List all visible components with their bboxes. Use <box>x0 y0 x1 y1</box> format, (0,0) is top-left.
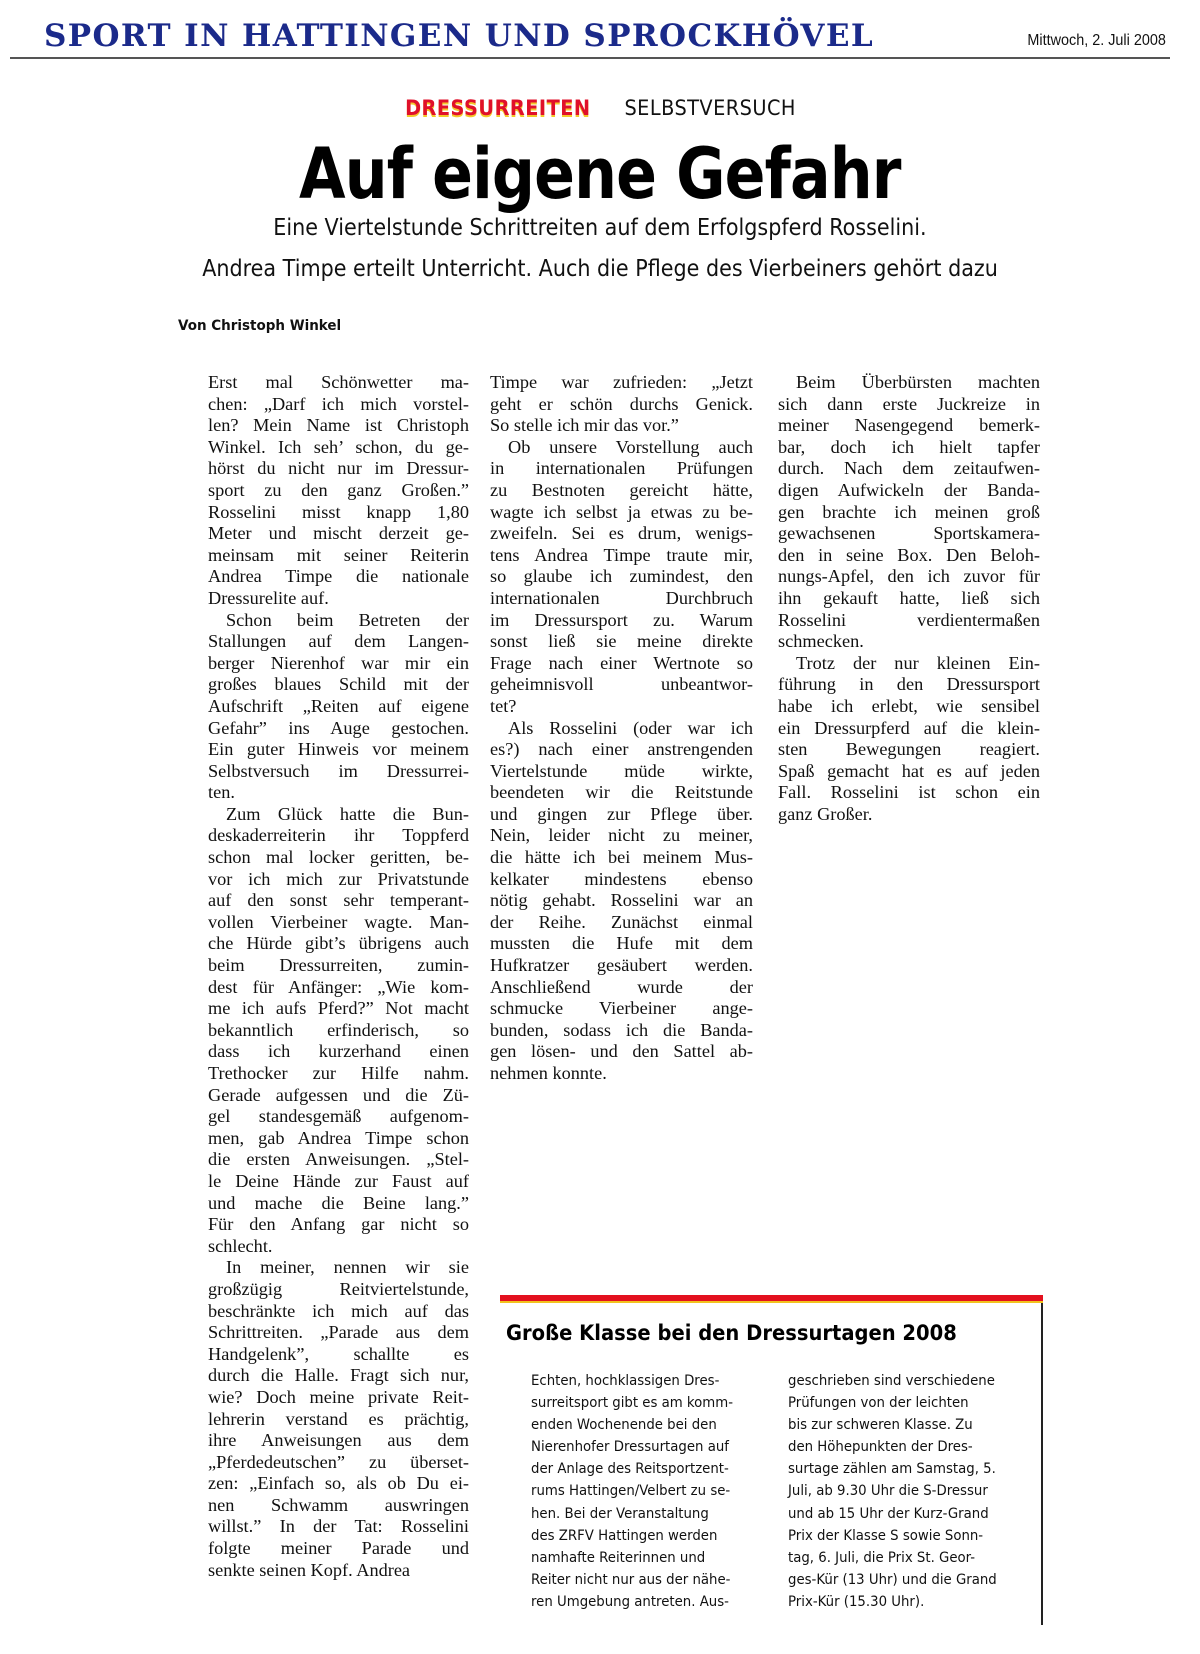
article-text-line: tens Andrea Timpe traute mir, <box>490 545 753 567</box>
masthead-rule <box>10 57 1170 59</box>
article-text-line: Ob unsere Vorstellung auch <box>490 437 753 459</box>
article-text-line: meiner Nasengegend bemerk- <box>778 415 1040 437</box>
article-text-line: willst.” In der Tat: Rosselini <box>208 1516 469 1538</box>
article-text-line: sten Bewegungen reagiert. <box>778 739 1040 761</box>
article-text-line: im Dressursport zu. Warum <box>490 610 753 632</box>
article-text-line: nehmen konnte. <box>490 1063 753 1085</box>
article-text-line: bunden, sodass ich die Banda- <box>490 1020 753 1042</box>
article-text-line: Hufkratzer gesäubert werden. <box>490 955 753 977</box>
article-text-line: ein Dressurpferd auf die klein- <box>778 718 1040 740</box>
article-text-line: che Hürde gibt’s übrigens auch <box>208 933 469 955</box>
article-text-line: So stelle ich mir das vor.” <box>490 415 753 437</box>
article-subhead-line-2: Andrea Timpe erteilt Unterricht. Auch di… <box>0 256 1200 282</box>
headline-text: Auf eigene Gefahr <box>299 134 901 214</box>
article-column-2: Timpe war zufrieden: „Jetztgeht er schön… <box>490 372 753 1085</box>
article-text-line: schmecken. <box>778 631 1040 653</box>
article-text-line: ten. <box>208 782 469 804</box>
article-text-line: Rosselini verdientermaßen <box>778 610 1040 632</box>
article-text-line: nen Schwamm auswringen <box>208 1495 469 1517</box>
article-text-line: schmucke Vierbeiner ange- <box>490 998 753 1020</box>
article-text-line: dest für Anfänger: „Wie kom- <box>208 977 469 999</box>
article-text-line: durch die Halle. Fragt sich nur, <box>208 1365 469 1387</box>
article-text-line: gel standesgemäß aufgenom- <box>208 1106 469 1128</box>
article-kicker: DRESSURREITEN SELBSTVERSUCH <box>0 96 1200 120</box>
article-text-line: und gingen zur Pflege über. <box>490 804 753 826</box>
article-text-line: Gerade aufgessen und die Zü- <box>208 1085 469 1107</box>
infobox-text-line: hen. Bei der Veranstaltung <box>531 1503 754 1525</box>
article-text-line: Meter und mischt derzeit ge- <box>208 523 469 545</box>
article-text-line: len? Mein Name ist Christoph <box>208 415 469 437</box>
article-text-line: internationalen Durchbruch <box>490 588 753 610</box>
kicker-subtopic: SELBSTVERSUCH <box>624 96 795 120</box>
infobox-text-line: des ZRFV Hattingen werden <box>531 1525 754 1547</box>
article-text-line: Rosselini misst knapp 1,80 <box>208 502 469 524</box>
article-text-line: Nein, leider nicht zu meiner, <box>490 825 753 847</box>
article-text-line: Für den Anfang gar nicht so <box>208 1214 469 1236</box>
article-text-line: bar, doch ich hielt tapfer <box>778 437 1040 459</box>
article-text-line: zu Bestnoten gereicht hätte, <box>490 480 753 502</box>
article-text-line: Erst mal Schönwetter ma- <box>208 372 469 394</box>
infobox-text-line: ren Umgebung antreten. Aus- <box>531 1591 754 1613</box>
article-text-line: habe ich erlebt, wie sensibel <box>778 696 1040 718</box>
article-text-line: deskaderreiterin ihr Toppferd <box>208 825 469 847</box>
article-text-line: sport zu den ganz Großen.” <box>208 480 469 502</box>
infobox-text-line: den Höhepunkten der Dres- <box>788 1436 1021 1458</box>
infobox-text-line: Reiter nicht nur aus der nähe- <box>531 1569 754 1591</box>
article-text-line: folgte meiner Parade und <box>208 1538 469 1560</box>
infobox-text-line: namhafte Reiterinnen und <box>531 1547 754 1569</box>
byline: Von Christoph Winkel <box>178 318 341 334</box>
kicker-topic: DRESSURREITEN <box>405 96 590 120</box>
article-text-line: wagte ich selbst ja etwas zu be- <box>490 502 753 524</box>
article-text-line: hörst du nicht nur im Dressur- <box>208 458 469 480</box>
article-text-line: Aufschrift „Reiten auf eigene <box>208 696 469 718</box>
article-text-line: Fall. Rosselini ist schon ein <box>778 782 1040 804</box>
article-text-line: den in seine Box. Den Beloh- <box>778 545 1040 567</box>
article-text-line: wie? Doch meine private Reit- <box>208 1387 469 1409</box>
article-text-line: Viertelstunde müde wirkte, <box>490 761 753 783</box>
article-text-line: zen: „Einfach so, als ob Du ei- <box>208 1473 469 1495</box>
article-text-line: Stallungen auf dem Langen- <box>208 631 469 653</box>
article-text-line: chen: „Darf ich mich vorstel- <box>208 394 469 416</box>
article-text-line: tet? <box>490 696 753 718</box>
article-text-line: Als Rosselini (oder war ich <box>490 718 753 740</box>
article-text-line: großzügig Reitviertelstunde, <box>208 1279 469 1301</box>
article-text-line: ganz Großer. <box>778 804 1040 826</box>
article-text-line: Spaß gemacht hat es auf jeden <box>778 761 1040 783</box>
infobox-text-line: rums Hattingen/Velbert zu se- <box>531 1480 754 1502</box>
infobox-text-line: enden Wochenende bei den <box>531 1414 754 1436</box>
article-text-line: Trotz der nur kleinen Ein- <box>778 653 1040 675</box>
article-text-line: durch. Nach dem zeitaufwen- <box>778 458 1040 480</box>
infobox-title: Große Klasse bei den Dressurtagen 2008 <box>506 1321 957 1345</box>
article-text-line: ihn gekauft hatte, ließ sich <box>778 588 1040 610</box>
article-text-line: nötig gehabt. Rosselini war an <box>490 890 753 912</box>
subhead-text: Eine Viertelstunde Schrittreiten auf dem… <box>273 215 926 241</box>
article-text-line: kelkater mindestens ebenso <box>490 869 753 891</box>
article-text-line: bekanntlich erfinderisch, so <box>208 1020 469 1042</box>
article-text-line: Schrittreiten. „Parade aus dem <box>208 1322 469 1344</box>
article-text-line: sich dann erste Juckreize in <box>778 394 1040 416</box>
article-text-line: Dressurelite auf. <box>208 588 469 610</box>
article-text-line: senkte seinen Kopf. Andrea <box>208 1560 469 1582</box>
article-text-line: gewachsenen Sportskamera- <box>778 523 1040 545</box>
article-text-line: und mache die Beine lang.” <box>208 1193 469 1215</box>
article-column-3: Beim Überbürsten machtensich dann erste … <box>778 372 1040 825</box>
article-text-line: In meiner, nennen wir sie <box>208 1257 469 1279</box>
article-text-line: le Deine Hände zur Faust auf <box>208 1171 469 1193</box>
article-text-line: Timpe war zufrieden: „Jetzt <box>490 372 753 394</box>
article-text-line: beendeten wir die Reitstunde <box>490 782 753 804</box>
article-text-line: Schon beim Betreten der <box>208 610 469 632</box>
article-text-line: Trethocker zur Hilfe nahm. <box>208 1063 469 1085</box>
infobox-text-line: der Anlage des Reitsportzent- <box>531 1458 754 1480</box>
article-text-line: meinsam mit seiner Reiterin <box>208 545 469 567</box>
article-text-line: es?) nach einer anstrengenden <box>490 739 753 761</box>
article-text-line: der Reihe. Zunächst einmal <box>490 912 753 934</box>
article-text-line: vor ich mich zur Privatstunde <box>208 869 469 891</box>
infobox-text-line: surtage zählen am Samstag, 5. <box>788 1458 1021 1480</box>
publication-date: Mittwoch, 2. Juli 2008 <box>1028 32 1166 50</box>
article-text-line: men, gab Andrea Timpe schon <box>208 1128 469 1150</box>
article-text-line: gen brachte ich meinen groß <box>778 502 1040 524</box>
infobox-accent-bar <box>500 1295 1043 1303</box>
infobox-text-line: Nierenhofer Dressurtagen auf <box>531 1436 754 1458</box>
article-text-line: beschränkte ich mich auf das <box>208 1301 469 1323</box>
article-text-line: in internationalen Prüfungen <box>490 458 753 480</box>
article-text-line: berger Nierenhof war mir ein <box>208 653 469 675</box>
article-headline: Auf eigene Gefahr <box>0 134 1200 214</box>
article-text-line: mussten die Hufe mit dem <box>490 933 753 955</box>
article-text-line: me ich aufs Pferd?” Not macht <box>208 998 469 1020</box>
article-text-line: Gefahr” ins Auge gestochen. <box>208 718 469 740</box>
article-text-line: Beim Überbürsten machten <box>778 372 1040 394</box>
article-text-line: schon mal locker geritten, be- <box>208 847 469 869</box>
article-text-line: Zum Glück hatte die Bun- <box>208 804 469 826</box>
article-text-line: auf den sonst sehr temperant- <box>208 890 469 912</box>
article-text-line: dass ich kurzerhand einen <box>208 1041 469 1063</box>
infobox-text-line: geschrieben sind verschiedene <box>788 1370 1021 1392</box>
article-subhead-line-1: Eine Viertelstunde Schrittreiten auf dem… <box>0 215 1200 241</box>
infobox-text-line: bis zur schweren Klasse. Zu <box>788 1414 1021 1436</box>
article-text-line: „Pferdedeutschen” zu überset- <box>208 1452 469 1474</box>
infobox-text-line: ges-Kür (13 Uhr) und die Grand <box>788 1569 1021 1591</box>
article-text-line: die hätte ich bei meinem Mus- <box>490 847 753 869</box>
infobox-text-line: Prix-Kür (15.30 Uhr). <box>788 1591 1021 1613</box>
article-text-line: schlecht. <box>208 1236 469 1258</box>
article-text-line: führung in den Dressursport <box>778 674 1040 696</box>
infobox-text-line: Echten, hochklassigen Dres- <box>531 1370 754 1392</box>
article-text-line: Anschließend wurde der <box>490 977 753 999</box>
article-text-line: geht er schön durchs Genick. <box>490 394 753 416</box>
infobox-text-line: tag, 6. Juli, die Prix St. Geor- <box>788 1547 1021 1569</box>
article-column-1: Erst mal Schönwetter ma-chen: „Darf ich … <box>208 372 469 1581</box>
masthead-title: SPORT IN HATTINGEN UND SPROCKHÖVEL <box>44 18 874 54</box>
subhead-text: Andrea Timpe erteilt Unterricht. Auch di… <box>202 256 998 282</box>
infobox-text-line: Prix der Klasse S sowie Sonn- <box>788 1525 1021 1547</box>
article-text-line: großes blaues Schild mit der <box>208 674 469 696</box>
article-text-line: ihre Anweisungen aus dem <box>208 1430 469 1452</box>
article-text-line: Frage nach einer Wertnote so <box>490 653 753 675</box>
infobox-column-2: geschrieben sind verschiedenePrüfungen v… <box>788 1370 1038 1613</box>
article-text-line: beim Dressurreiten, zumin- <box>208 955 469 977</box>
article-text-line: lehrerin verstand es prächtig, <box>208 1409 469 1431</box>
article-text-line: digen Aufwickeln der Banda- <box>778 480 1040 502</box>
article-text-line: vollen Vierbeiner wagte. Man- <box>208 912 469 934</box>
article-text-line: gen lösen- und den Sattel ab- <box>490 1041 753 1063</box>
article-text-line: Andrea Timpe die nationale <box>208 566 469 588</box>
article-text-line: Winkel. Ich seh’ schon, du ge- <box>208 437 469 459</box>
article-text-line: sonst ließ sie meine direkte <box>490 631 753 653</box>
infobox-text-line: Prüfungen von der leichten <box>788 1392 1021 1414</box>
article-text-line: die ersten Anweisungen. „Stel- <box>208 1149 469 1171</box>
infobox-text-line: und ab 15 Uhr der Kurz-Grand <box>788 1503 1021 1525</box>
masthead: SPORT IN HATTINGEN UND SPROCKHÖVEL Mittw… <box>44 14 1180 56</box>
infobox-text-line: surreitsport gibt es am komm- <box>531 1392 754 1414</box>
article-text-line: Selbstversuch im Dressurrei- <box>208 761 469 783</box>
article-text-line: nungs-Apfel, den ich zuvor für <box>778 566 1040 588</box>
article-text-line: geheimnisvoll unbeantwor- <box>490 674 753 696</box>
infobox-column-1: Echten, hochklassigen Dres-surreitsport … <box>531 1370 771 1613</box>
infobox-right-rule <box>1041 1303 1043 1625</box>
article-text-line: zweifeln. Sei es drum, wenigs- <box>490 523 753 545</box>
article-text-line: Ein guter Hinweis vor meinem <box>208 739 469 761</box>
article-text-line: so glaube ich zumindest, den <box>490 566 753 588</box>
article-text-line: Handgelenk”, schallte es <box>208 1344 469 1366</box>
infobox-text-line: Juli, ab 9.30 Uhr die S-Dressur <box>788 1480 1021 1502</box>
